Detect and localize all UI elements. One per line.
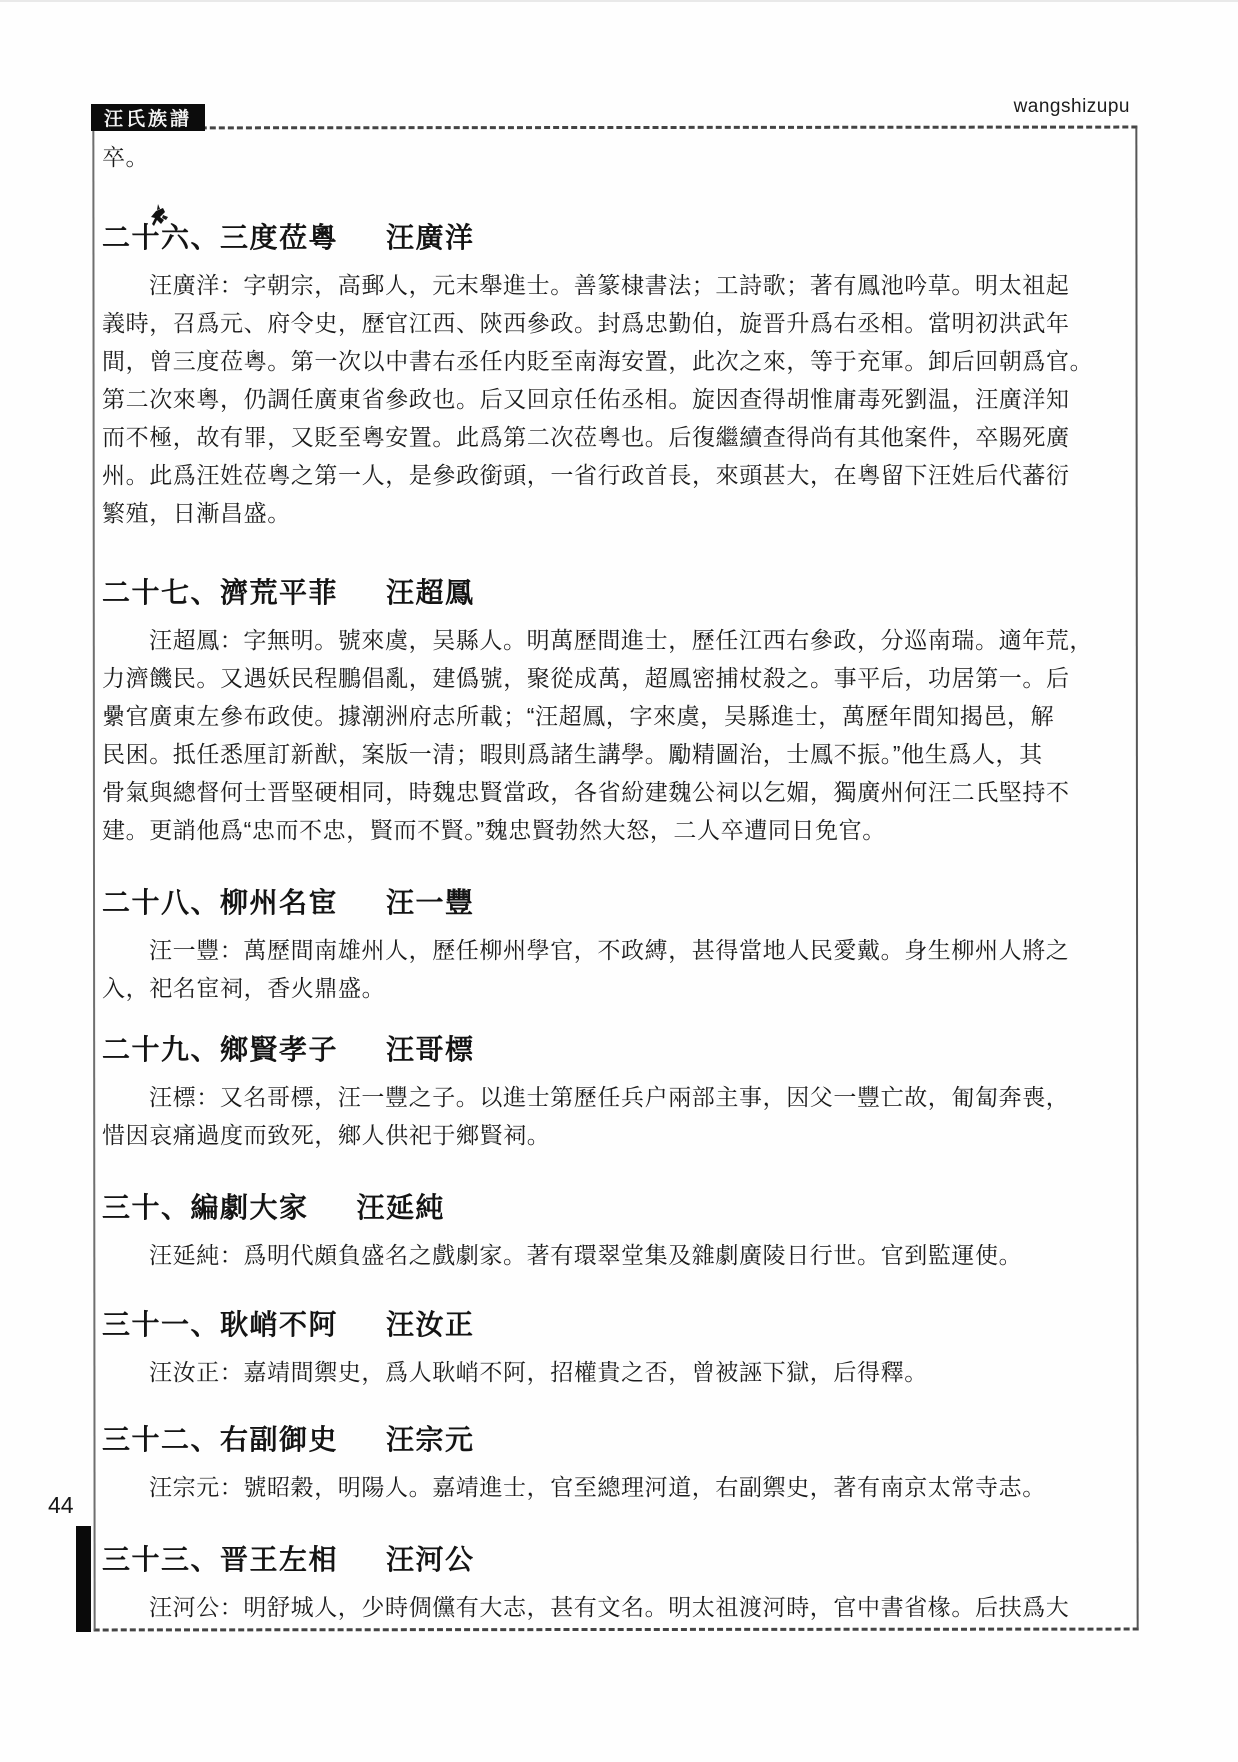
section-person-name: 汪超鳳 (386, 577, 475, 608)
section-heading-title: 二十六、三度莅粵 (102, 222, 338, 253)
paragraph-line: 骨氣與總督何士晋堅硬相同，時魏忠賢當政，各省紛建魏公祠以乞媚，獨廣州何汪二氏堅持… (102, 773, 1132, 811)
paragraph-line: 汪超鳳：字無明。號來虞，吴縣人。明萬歷間進士，歷任江西右參政，分巡南瑞。適年荒， (102, 621, 1132, 659)
section-paragraph: 汪汝正：嘉靖間禦史，爲人耿峭不阿，招權貴之否，曾被誣下獄，后得釋。 (102, 1353, 1132, 1391)
section: 二十九、鄉賢孝子汪哥標 汪標：又名哥標，汪一豐之子。以進士第歷任兵户兩部主事，因… (102, 1030, 1132, 1154)
section-heading: 二十九、鄉賢孝子汪哥標 (102, 1030, 1132, 1070)
section-paragraph: 汪一豐：萬歷間南雄州人，歷任柳州學官，不政縛，甚得當地人民愛戴。身生柳州人將之入… (102, 931, 1132, 1007)
genealogy-title-label: 汪氏族譜 (104, 104, 192, 131)
paragraph-line: 汪廣洋：字朝宗，高郵人，元末舉進士。善篆棣書法；工詩歌；著有鳳池吟草。明太祖起 (102, 266, 1132, 304)
section: 三十三、晋王左相汪河公 汪河公：明舒城人，少時倜儻有大志，甚有文名。明太祖渡河時… (102, 1540, 1132, 1626)
section-heading: 三十、編劇大家汪延純 (102, 1188, 1132, 1228)
binding-mark (76, 1526, 91, 1632)
paragraph-line: 纍官廣東左參布政使。據潮洲府志所載；“汪超鳳，字來虞，吴縣進士，萬歷年間知揭邑，… (102, 697, 1132, 735)
section-heading: 二十六、三度莅粵汪廣洋 (102, 218, 1132, 258)
section: 三十一、耿峭不阿汪汝正 汪汝正：嘉靖間禦史，爲人耿峭不阿，招權貴之否，曾被誣下獄… (102, 1305, 1132, 1391)
page-number: 44 (48, 1492, 74, 1519)
paragraph-line: 汪河公：明舒城人，少時倜儻有大志，甚有文名。明太祖渡河時，官中書省椽。后扶爲大 (102, 1588, 1132, 1626)
section-heading-title: 三十三、晋王左相 (102, 1544, 338, 1575)
section-heading: 三十二、右副御史汪宗元 (102, 1420, 1132, 1460)
paragraph-line: 民困。抵任悉厘訂新猷，案版一清；暇則爲諸生講學。勵精圖治，士鳳不振。”他生爲人，… (102, 735, 1132, 773)
section-person-name: 汪一豐 (386, 887, 475, 918)
paragraph-line: 惜因哀痛過度而致死，鄉人供祀于鄉賢祠。 (102, 1116, 1132, 1154)
section: 二十七、濟荒平菲汪超鳳 汪超鳳：字無明。號來虞，吴縣人。明萬歷間進士，歷任江西右… (102, 573, 1132, 849)
ink-smudge-mark (146, 202, 172, 232)
paragraph-line: 建。更誚他爲“忠而不忠，賢而不賢。”魏忠賢勃然大怒，二人卒遭同日免官。 (102, 811, 1132, 849)
paragraph-line: 入，祀名宦祠，香火鼎盛。 (102, 969, 1132, 1007)
section-person-name: 汪延純 (357, 1192, 446, 1223)
section: 二十六、三度莅粵汪廣洋 汪廣洋：字朝宗，高郵人，元末舉進士。善篆棣書法；工詩歌；… (102, 218, 1132, 532)
paragraph-line: 間，曾三度莅粵。第一次以中書右丞任内貶至南海安置，此次之來，等于充軍。卸后回朝爲… (102, 342, 1132, 380)
carryover-text-line: 卒。 (102, 138, 149, 176)
paragraph-line: 汪宗元：號昭穀，明陽人。嘉靖進士，官至總理河道，右副禦史，著有南京太常寺志。 (102, 1468, 1132, 1506)
section: 三十二、右副御史汪宗元 汪宗元：號昭穀，明陽人。嘉靖進士，官至總理河道，右副禦史… (102, 1420, 1132, 1506)
section-paragraph: 汪宗元：號昭穀，明陽人。嘉靖進士，官至總理河道，右副禦史，著有南京太常寺志。 (102, 1468, 1132, 1506)
paragraph-line: 義時，召爲元、府令史，歷官江西、陝西參政。封爲忠勤伯，旋晋升爲右丞相。當明初洪武… (102, 304, 1132, 342)
section-paragraph: 汪標：又名哥標，汪一豐之子。以進士第歷任兵户兩部主事，因父一豐亡故，匍匐奔喪，惜… (102, 1078, 1132, 1154)
paragraph-line: 汪汝正：嘉靖間禦史，爲人耿峭不阿，招權貴之否，曾被誣下獄，后得釋。 (102, 1353, 1132, 1391)
section-heading: 二十七、濟荒平菲汪超鳳 (102, 573, 1132, 613)
section-heading: 二十八、柳州名宦汪一豐 (102, 883, 1132, 923)
section-paragraph: 汪延純：爲明代頗負盛名之戲劇家。著有環翠堂集及雜劇廣陵日行世。官到監運使。 (102, 1236, 1132, 1274)
section-heading-title: 二十八、柳州名宦 (102, 887, 338, 918)
section-heading-title: 二十七、濟荒平菲 (102, 577, 338, 608)
section-paragraph: 汪超鳳：字無明。號來虞，吴縣人。明萬歷間進士，歷任江西右參政，分巡南瑞。適年荒，… (102, 621, 1132, 849)
section: 二十八、柳州名宦汪一豐 汪一豐：萬歷間南雄州人，歷任柳州學官，不政縛，甚得當地人… (102, 883, 1132, 1007)
section-person-name: 汪河公 (386, 1544, 475, 1575)
paragraph-line: 汪延純：爲明代頗負盛名之戲劇家。著有環翠堂集及雜劇廣陵日行世。官到監運使。 (102, 1236, 1132, 1274)
section-paragraph: 汪廣洋：字朝宗，高郵人，元末舉進士。善篆棣書法；工詩歌；著有鳳池吟草。明太祖起義… (102, 266, 1132, 532)
section-person-name: 汪宗元 (386, 1424, 475, 1455)
section-heading-title: 三十一、耿峭不阿 (102, 1309, 338, 1340)
scanned-page: 汪氏族譜 wangshizupu 卒。 二十六、三度莅粵汪廣洋 汪廣洋：字朝宗，… (0, 0, 1238, 1762)
genealogy-title-badge: 汪氏族譜 (91, 104, 205, 131)
paragraph-line: 汪標：又名哥標，汪一豐之子。以進士第歷任兵户兩部主事，因父一豐亡故，匍匐奔喪， (102, 1078, 1132, 1116)
paragraph-line: 力濟饑民。又遇妖民程鵬倡亂，建僞號，聚從成萬，超鳳密捕杖殺之。事平后，功居第一。… (102, 659, 1132, 697)
section-person-name: 汪廣洋 (386, 222, 475, 253)
section-paragraph: 汪河公：明舒城人，少時倜儻有大志，甚有文名。明太祖渡河時，官中書省椽。后扶爲大 (102, 1588, 1132, 1626)
paragraph-line: 州。此爲汪姓莅粵之第一人，是參政銜頭，一省行政首長，來頭甚大，在粵留下汪姓后代蕃… (102, 456, 1132, 494)
section-person-name: 汪哥標 (386, 1034, 475, 1065)
paragraph-line: 第二次來粵，仍調任廣東省參政也。后又回京任佑丞相。旋因查得胡惟庸毒死劉温，汪廣洋… (102, 380, 1132, 418)
section-heading-title: 二十九、鄉賢孝子 (102, 1034, 338, 1065)
paragraph-line: 汪一豐：萬歷間南雄州人，歷任柳州學官，不政縛，甚得當地人民愛戴。身生柳州人將之 (102, 931, 1132, 969)
section-heading-title: 三十、編劇大家 (102, 1192, 309, 1223)
section-heading-title: 三十二、右副御史 (102, 1424, 338, 1455)
romanized-watermark: wangshizupu (916, 96, 1130, 118)
section-heading: 三十一、耿峭不阿汪汝正 (102, 1305, 1132, 1345)
paragraph-line: 而不極，故有罪，又貶至粵安置。此爲第二次莅粵也。后復繼續查得尚有其他案件，卒賜死… (102, 418, 1132, 456)
section-person-name: 汪汝正 (386, 1309, 475, 1340)
section-heading: 三十三、晋王左相汪河公 (102, 1540, 1132, 1580)
section: 三十、編劇大家汪延純 汪延純：爲明代頗負盛名之戲劇家。著有環翠堂集及雜劇廣陵日行… (102, 1188, 1132, 1274)
paragraph-line: 繁殖，日漸昌盛。 (102, 494, 1132, 532)
